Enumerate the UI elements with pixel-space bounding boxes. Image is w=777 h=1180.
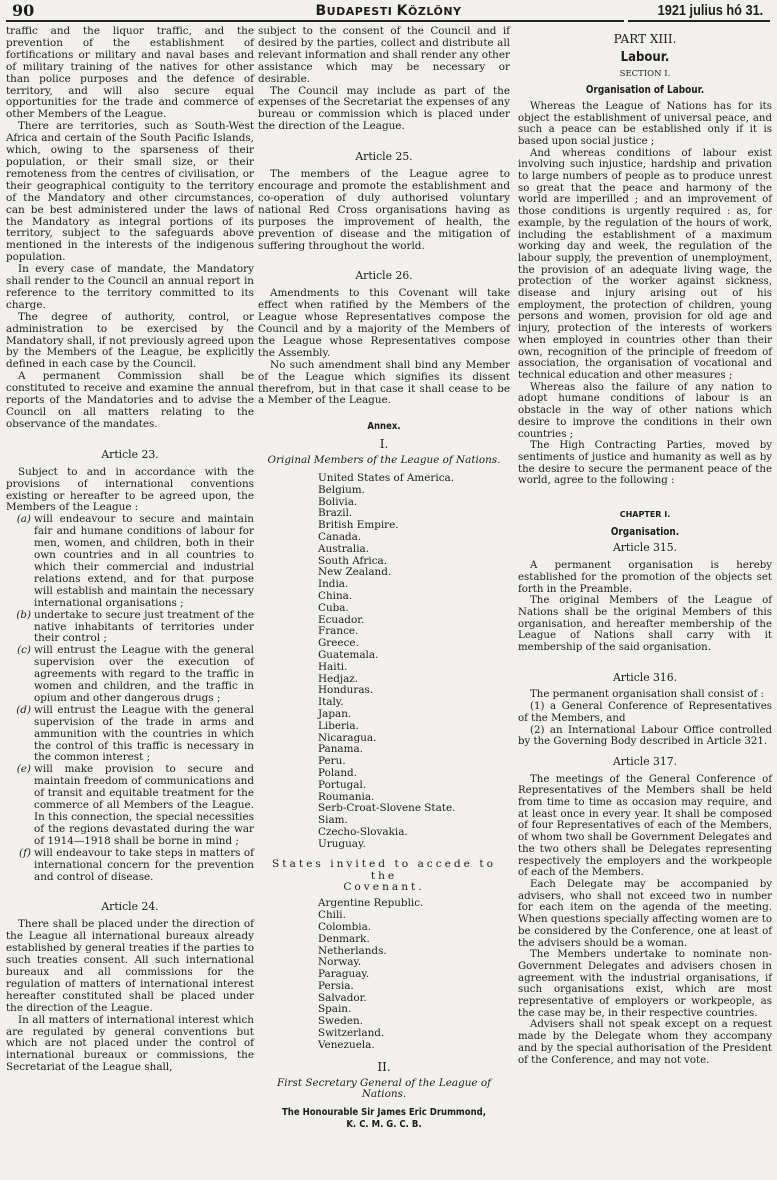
paragraph: (1) a General Conference of Representati… bbox=[518, 701, 772, 724]
paragraph: The High Contracting Parties, moved by s… bbox=[518, 440, 772, 487]
section-title: Organisation of Labour. bbox=[537, 85, 753, 97]
annex-part-numeral: II. bbox=[258, 1062, 510, 1074]
title-part-2: ÖZLÖNY bbox=[408, 5, 461, 18]
item-text: will entrust the League with the general… bbox=[34, 705, 254, 765]
item-text: will make provision to secure and mainta… bbox=[34, 764, 254, 847]
paragraph: traffic and the liquor traffic, and the … bbox=[6, 26, 254, 121]
item-label: (e) bbox=[6, 764, 34, 847]
column-middle: subject to the consent of the Council an… bbox=[258, 26, 510, 1131]
paragraph: The meetings of the General Conference o… bbox=[518, 774, 772, 879]
paragraph: In all matters of international interest… bbox=[6, 1015, 254, 1075]
name-line: The Honourable Sir James Eric Drummond, bbox=[277, 1107, 491, 1119]
item-label: (f) bbox=[6, 848, 34, 884]
item-label: (b) bbox=[6, 610, 34, 646]
title-initial: B bbox=[315, 3, 326, 19]
country-entry: Australia. bbox=[318, 544, 510, 556]
honours-line: K. C. M. G. C. B. bbox=[277, 1119, 491, 1131]
annex-part-title: First Secretary General of the League of… bbox=[258, 1078, 510, 1102]
secretary-general-name: The Honourable Sir James Eric Drummond, … bbox=[277, 1107, 491, 1131]
country-entry: Colombia. bbox=[318, 922, 510, 934]
paragraph: The original Members of the League of Na… bbox=[518, 595, 772, 654]
paragraph: Advisers shall not speak except on a req… bbox=[518, 1019, 772, 1066]
item-text: will endeavour to take steps in matters … bbox=[34, 848, 254, 884]
country-entry: Persia. bbox=[318, 981, 510, 993]
item-label: (a) bbox=[6, 514, 34, 609]
list-item: (e)will make provision to secure and mai… bbox=[6, 764, 254, 847]
item-text: will entrust the League with the general… bbox=[34, 645, 254, 705]
country-entry: Cuba. bbox=[318, 603, 510, 615]
page-header: 90 BUDAPESTI KÖZLÖNY 1921 julius hó 31. bbox=[0, 0, 777, 22]
item-text: undertake to secure just treatment of th… bbox=[34, 610, 254, 646]
part-heading: PART XIII. bbox=[518, 34, 772, 46]
heading-line: States invited to accede to the bbox=[258, 859, 510, 883]
paragraph: Amendments to this Covenant will take ef… bbox=[258, 288, 510, 359]
annex-part-title: Original Members of the League of Nation… bbox=[258, 455, 510, 467]
country-entry: Uruguay. bbox=[318, 839, 510, 851]
country-entry: Haiti. bbox=[318, 662, 510, 674]
country-entry: Liberia. bbox=[318, 721, 510, 733]
chapter-title: Organisation. bbox=[537, 527, 753, 539]
list-item: (c)will entrust the League with the gene… bbox=[6, 645, 254, 705]
list-item: (b)undertake to secure just treatment of… bbox=[6, 610, 254, 646]
paragraph: subject to the consent of the Council an… bbox=[258, 26, 510, 86]
article-heading: Article 26. bbox=[258, 270, 510, 282]
list-item: (a)will endeavour to secure and maintain… bbox=[6, 514, 254, 609]
paragraph: (2) an International Labour Office contr… bbox=[518, 725, 772, 748]
paragraph: A permanent Commission shall be constitu… bbox=[6, 371, 254, 431]
country-entry: Denmark. bbox=[318, 934, 510, 946]
part-title: Labour. bbox=[531, 52, 760, 64]
column-right: PART XIII. Labour. SECTION I. Organisati… bbox=[518, 26, 772, 1066]
article-heading: Article 23. bbox=[6, 449, 254, 461]
country-entry: Argentine Republic. bbox=[318, 898, 510, 910]
article-heading: Article 24. bbox=[6, 901, 254, 913]
country-entry: Venezuela. bbox=[318, 1040, 510, 1052]
column-left: traffic and the liquor traffic, and the … bbox=[6, 26, 254, 1074]
paragraph: There shall be placed under the directio… bbox=[6, 919, 254, 1014]
paragraph: A permanent organisation is hereby estab… bbox=[518, 560, 772, 595]
item-text: will endeavour to secure and maintain fa… bbox=[34, 514, 254, 609]
heading-line: Covenant. bbox=[258, 882, 510, 894]
invited-states-heading: States invited to accede to the Covenant… bbox=[258, 859, 510, 895]
chapter-heading: CHAPTER I. bbox=[518, 509, 772, 521]
paragraph: The members of the League agree to encou… bbox=[258, 169, 510, 252]
paragraph: Subject to and in accordance with the pr… bbox=[6, 467, 254, 515]
paragraph: The Council may include as part of the e… bbox=[258, 86, 510, 134]
paragraph: And whereas conditions of labour exist i… bbox=[518, 148, 772, 382]
invited-states-list: Argentine Republic.Chili.Colombia.Denmar… bbox=[258, 898, 510, 1051]
paragraph: No such amendment shall bind any Member … bbox=[258, 360, 510, 408]
paragraph: Each Delegate may be accompanied by advi… bbox=[518, 879, 772, 949]
paragraph: Whereas also the failure of any nation t… bbox=[518, 382, 772, 441]
paragraph: The degree of authority, control, or adm… bbox=[6, 312, 254, 372]
article-heading: Article 315. bbox=[518, 542, 772, 554]
section-heading: SECTION I. bbox=[518, 69, 772, 81]
article-heading: Article 316. bbox=[518, 672, 772, 684]
item-label: (d) bbox=[6, 705, 34, 765]
country-entry: Honduras. bbox=[318, 685, 510, 697]
title-part: UDAPESTI bbox=[327, 5, 397, 18]
title-initial-2: K bbox=[397, 3, 408, 19]
paragraph: The Members undertake to nominate non-Go… bbox=[518, 949, 772, 1019]
paragraph: In every case of mandate, the Mandatory … bbox=[6, 264, 254, 312]
header-rule-date bbox=[628, 20, 770, 22]
paragraph: Whereas the League of Nations has for it… bbox=[518, 101, 772, 148]
issue-date: 1921 julius hó 31. bbox=[657, 2, 763, 19]
item-label: (c) bbox=[6, 645, 34, 705]
article-23-items: (a)will endeavour to secure and maintain… bbox=[6, 514, 254, 883]
list-item: (f)will endeavour to take steps in matte… bbox=[6, 848, 254, 884]
list-item: (d)will entrust the League with the gene… bbox=[6, 705, 254, 765]
country-entry: Panama. bbox=[318, 744, 510, 756]
header-rule bbox=[6, 20, 624, 22]
original-members-list: United States of America.Belgium.Bolivia… bbox=[258, 473, 510, 851]
newspaper-page: 90 BUDAPESTI KÖZLÖNY 1921 julius hó 31. … bbox=[0, 0, 777, 1180]
country-entry: Belgium. bbox=[318, 485, 510, 497]
annex-heading: Annex. bbox=[277, 421, 491, 433]
article-heading: Article 25. bbox=[258, 151, 510, 163]
annex-part-numeral: I. bbox=[258, 439, 510, 451]
paragraph: The permanent organisation shall consist… bbox=[518, 689, 772, 701]
paragraph: There are territories, such as South-Wes… bbox=[6, 121, 254, 264]
country-entry: Portugal. bbox=[318, 780, 510, 792]
article-heading: Article 317. bbox=[518, 756, 772, 768]
